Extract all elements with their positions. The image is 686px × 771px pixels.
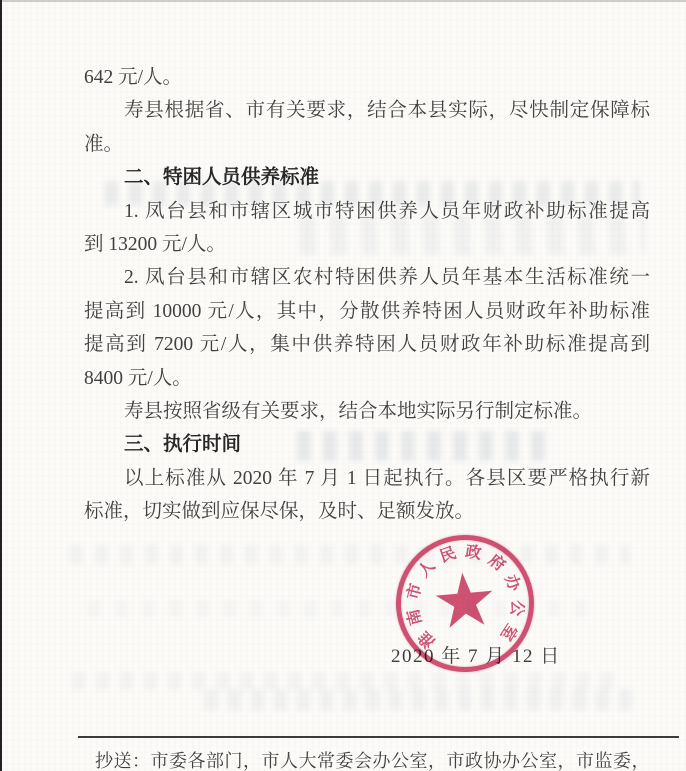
- document-line: 提高到 10000 元/人，其中，分散供养特困人员财政年补助标准: [84, 295, 650, 328]
- footer-divider: [78, 736, 679, 738]
- scan-top-edge: [0, 0, 686, 2]
- document-line: 1. 凤台县和市辖区城市特困供养人员年财政补助标准提高: [84, 195, 650, 228]
- official-seal: ★ 淮 南 市 人 民 政 府 办 公 室: [390, 529, 539, 678]
- document-line: 寿县按照省级有关要求，结合本地实际另行制定标准。: [84, 395, 650, 428]
- star-icon: ★: [428, 561, 501, 641]
- cc-line: 抄送：市委各部门，市人大常委会办公室，市政协办公室，市监委，: [95, 747, 670, 771]
- scanned-document-page: 642 元/人。 寿县根据省、市有关要求，结合本县实际，尽快制定保障标 准。 二…: [0, 0, 686, 771]
- document-line: 寿县根据省、市有关要求，结合本县实际，尽快制定保障标: [84, 94, 650, 127]
- document-line: 以上标准从 2020 年 7 月 1 日起执行。各县区要严格执行新: [84, 462, 650, 495]
- seal-ring-char: 公: [505, 597, 527, 619]
- section-heading: 三、执行时间: [84, 428, 650, 461]
- bleed-through-artifact: [205, 689, 640, 711]
- scan-left-edge-line: [0, 0, 2, 771]
- bleed-through-artifact: [72, 672, 617, 690]
- seal-ring-char: 政: [462, 542, 485, 565]
- section-heading: 二、特困人员供养标准: [84, 161, 650, 194]
- document-body: 642 元/人。 寿县根据省、市有关要求，结合本县实际，尽快制定保障标 准。 二…: [84, 61, 650, 528]
- document-line: 标准，切实做到应保尽保，及时、足额发放。: [84, 495, 650, 528]
- bleed-through-artifact: [70, 545, 630, 564]
- document-line: 到 13200 元/人。: [84, 228, 650, 261]
- document-line: 642 元/人。: [84, 61, 650, 94]
- document-line: 2. 凤台县和市辖区农村特困供养人员年基本生活标准统一: [84, 261, 650, 294]
- document-line: 提高到 7200 元/人，集中供养特困人员财政年补助标准提高到: [84, 328, 650, 361]
- document-line: 8400 元/人。: [84, 362, 650, 395]
- document-line: 准。: [84, 128, 650, 161]
